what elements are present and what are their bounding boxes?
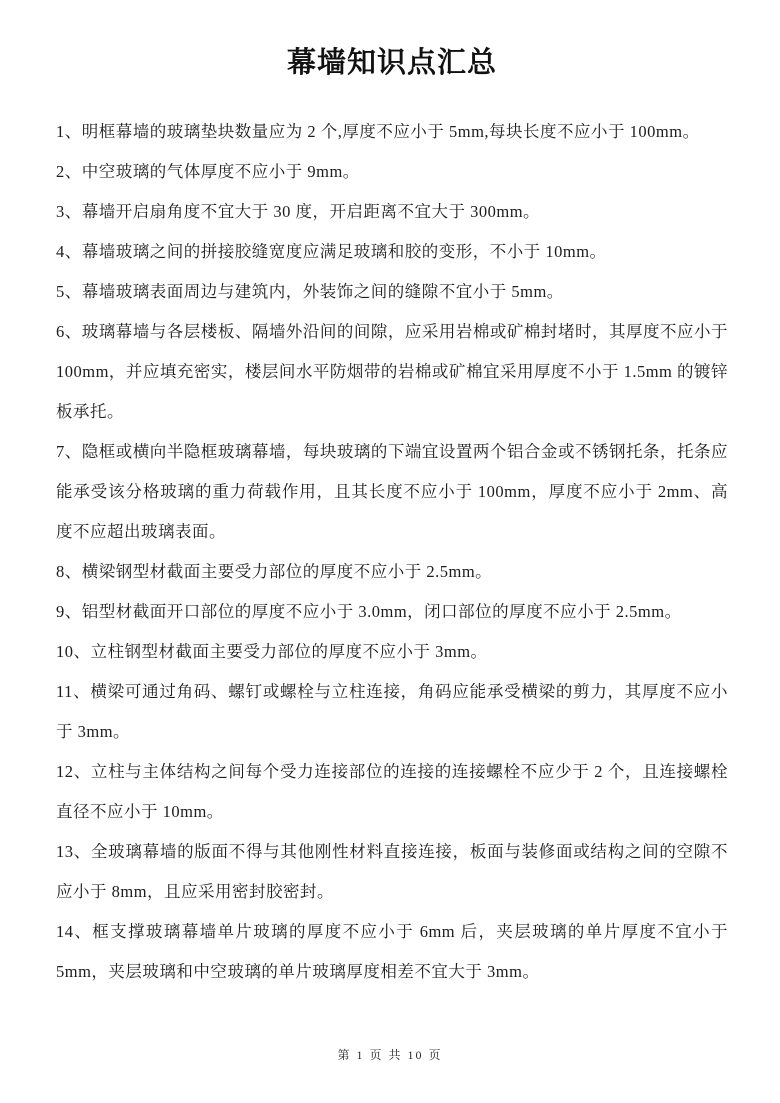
page-footer: 第 1 页 共 10 页 [0,1046,780,1063]
list-item-10: 10、立柱钢型材截面主要受力部位的厚度不应小于 3mm。 [56,632,728,672]
list-item-4: 4、幕墙玻璃之间的拼接胶缝宽度应满足玻璃和胶的变形，不小于 10mm。 [56,232,728,272]
list-item-1: 1、明框幕墙的玻璃垫块数量应为 2 个,厚度不应小于 5mm,每块长度不应小于 … [56,112,728,152]
list-item-13: 13、全玻璃幕墙的版面不得与其他刚性材料直接连接，板面与装修面或结构之间的空隙不… [56,832,728,912]
list-item-14: 14、框支撑玻璃幕墙单片玻璃的厚度不应小于 6mm 后，夹层玻璃的单片厚度不宜小… [56,912,728,992]
document-page: 幕墙知识点汇总 1、明框幕墙的玻璃垫块数量应为 2 个,厚度不应小于 5mm,每… [0,0,780,1103]
list-item-5: 5、幕墙玻璃表面周边与建筑内，外装饰之间的缝隙不宜小于 5mm。 [56,272,728,312]
list-item-11: 11、横梁可通过角码、螺钉或螺栓与立柱连接，角码应能承受横梁的剪力，其厚度不应小… [56,672,728,752]
list-item-12: 12、立柱与主体结构之间每个受力连接部位的连接的连接螺栓不应少于 2 个，且连接… [56,752,728,832]
list-item-8: 8、横梁钢型材截面主要受力部位的厚度不应小于 2.5mm。 [56,552,728,592]
list-item-2: 2、中空玻璃的气体厚度不应小于 9mm。 [56,152,728,192]
list-item-3: 3、幕墙开启扇角度不宜大于 30 度，开启距离不宜大于 300mm。 [56,192,728,232]
list-item-9: 9、铝型材截面开口部位的厚度不应小于 3.0mm，闭口部位的厚度不应小于 2.5… [56,592,728,632]
page-title: 幕墙知识点汇总 [56,44,728,82]
document-body: 1、明框幕墙的玻璃垫块数量应为 2 个,厚度不应小于 5mm,每块长度不应小于 … [56,112,728,992]
list-item-7: 7、隐框或横向半隐框玻璃幕墙，每块玻璃的下端宜设置两个铝合金或不锈钢托条，托条应… [56,432,728,552]
list-item-6: 6、玻璃幕墙与各层楼板、隔墙外沿间的间隙，应采用岩棉或矿棉封堵时，其厚度不应小于… [56,312,728,432]
